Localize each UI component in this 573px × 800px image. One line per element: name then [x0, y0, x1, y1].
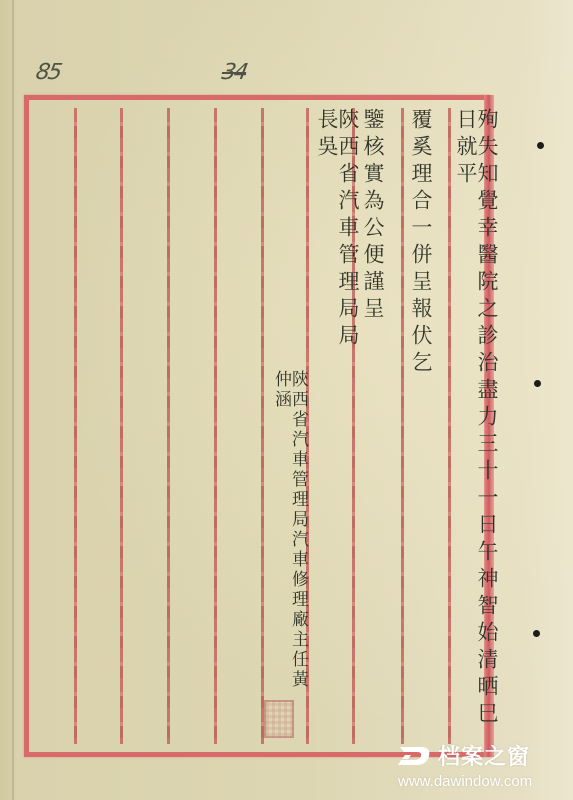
column-rule: [401, 108, 404, 744]
watermark-url: www.dawindow.com: [398, 773, 568, 790]
column-rule: [120, 108, 123, 744]
text-column-2: 覆奚理合一併呈報伏乞: [410, 108, 431, 388]
column-rule: [74, 108, 77, 744]
punch-hole: [533, 630, 540, 637]
watermark-site-name: 档案之窗: [438, 740, 530, 771]
text-column-1: 殉失知覺幸醫院之診治盡力三十一日午神智始清晒巳日就平: [455, 108, 497, 738]
column-rule: [261, 108, 264, 744]
folio-number-left: 85: [34, 60, 62, 85]
punch-hole: [534, 380, 541, 387]
column-rule: [214, 108, 217, 744]
text-column-4: 陝西省汽車管理局局長吳: [316, 108, 358, 368]
column-rule: [448, 108, 451, 744]
text-column-5-signature: 陝西省汽車管理局汽車修理廠主任黃仲涵: [272, 370, 306, 700]
archive-document-page: 85 34 殉失知覺幸醫院之診治盡力三十一日午神智始清晒巳日就平 覆奚理合一併呈…: [0, 0, 573, 800]
column-rule: [167, 108, 170, 744]
watermark: 档案之窗 www.dawindow.com: [398, 740, 568, 796]
d-logo-icon: [398, 745, 432, 767]
page-edge: [12, 0, 14, 800]
text-column-3: 鑒核實為公便謹呈: [362, 108, 383, 338]
seal-stamp: [264, 700, 294, 738]
punch-hole: [537, 142, 544, 149]
folio-number-center: 34: [220, 60, 248, 85]
